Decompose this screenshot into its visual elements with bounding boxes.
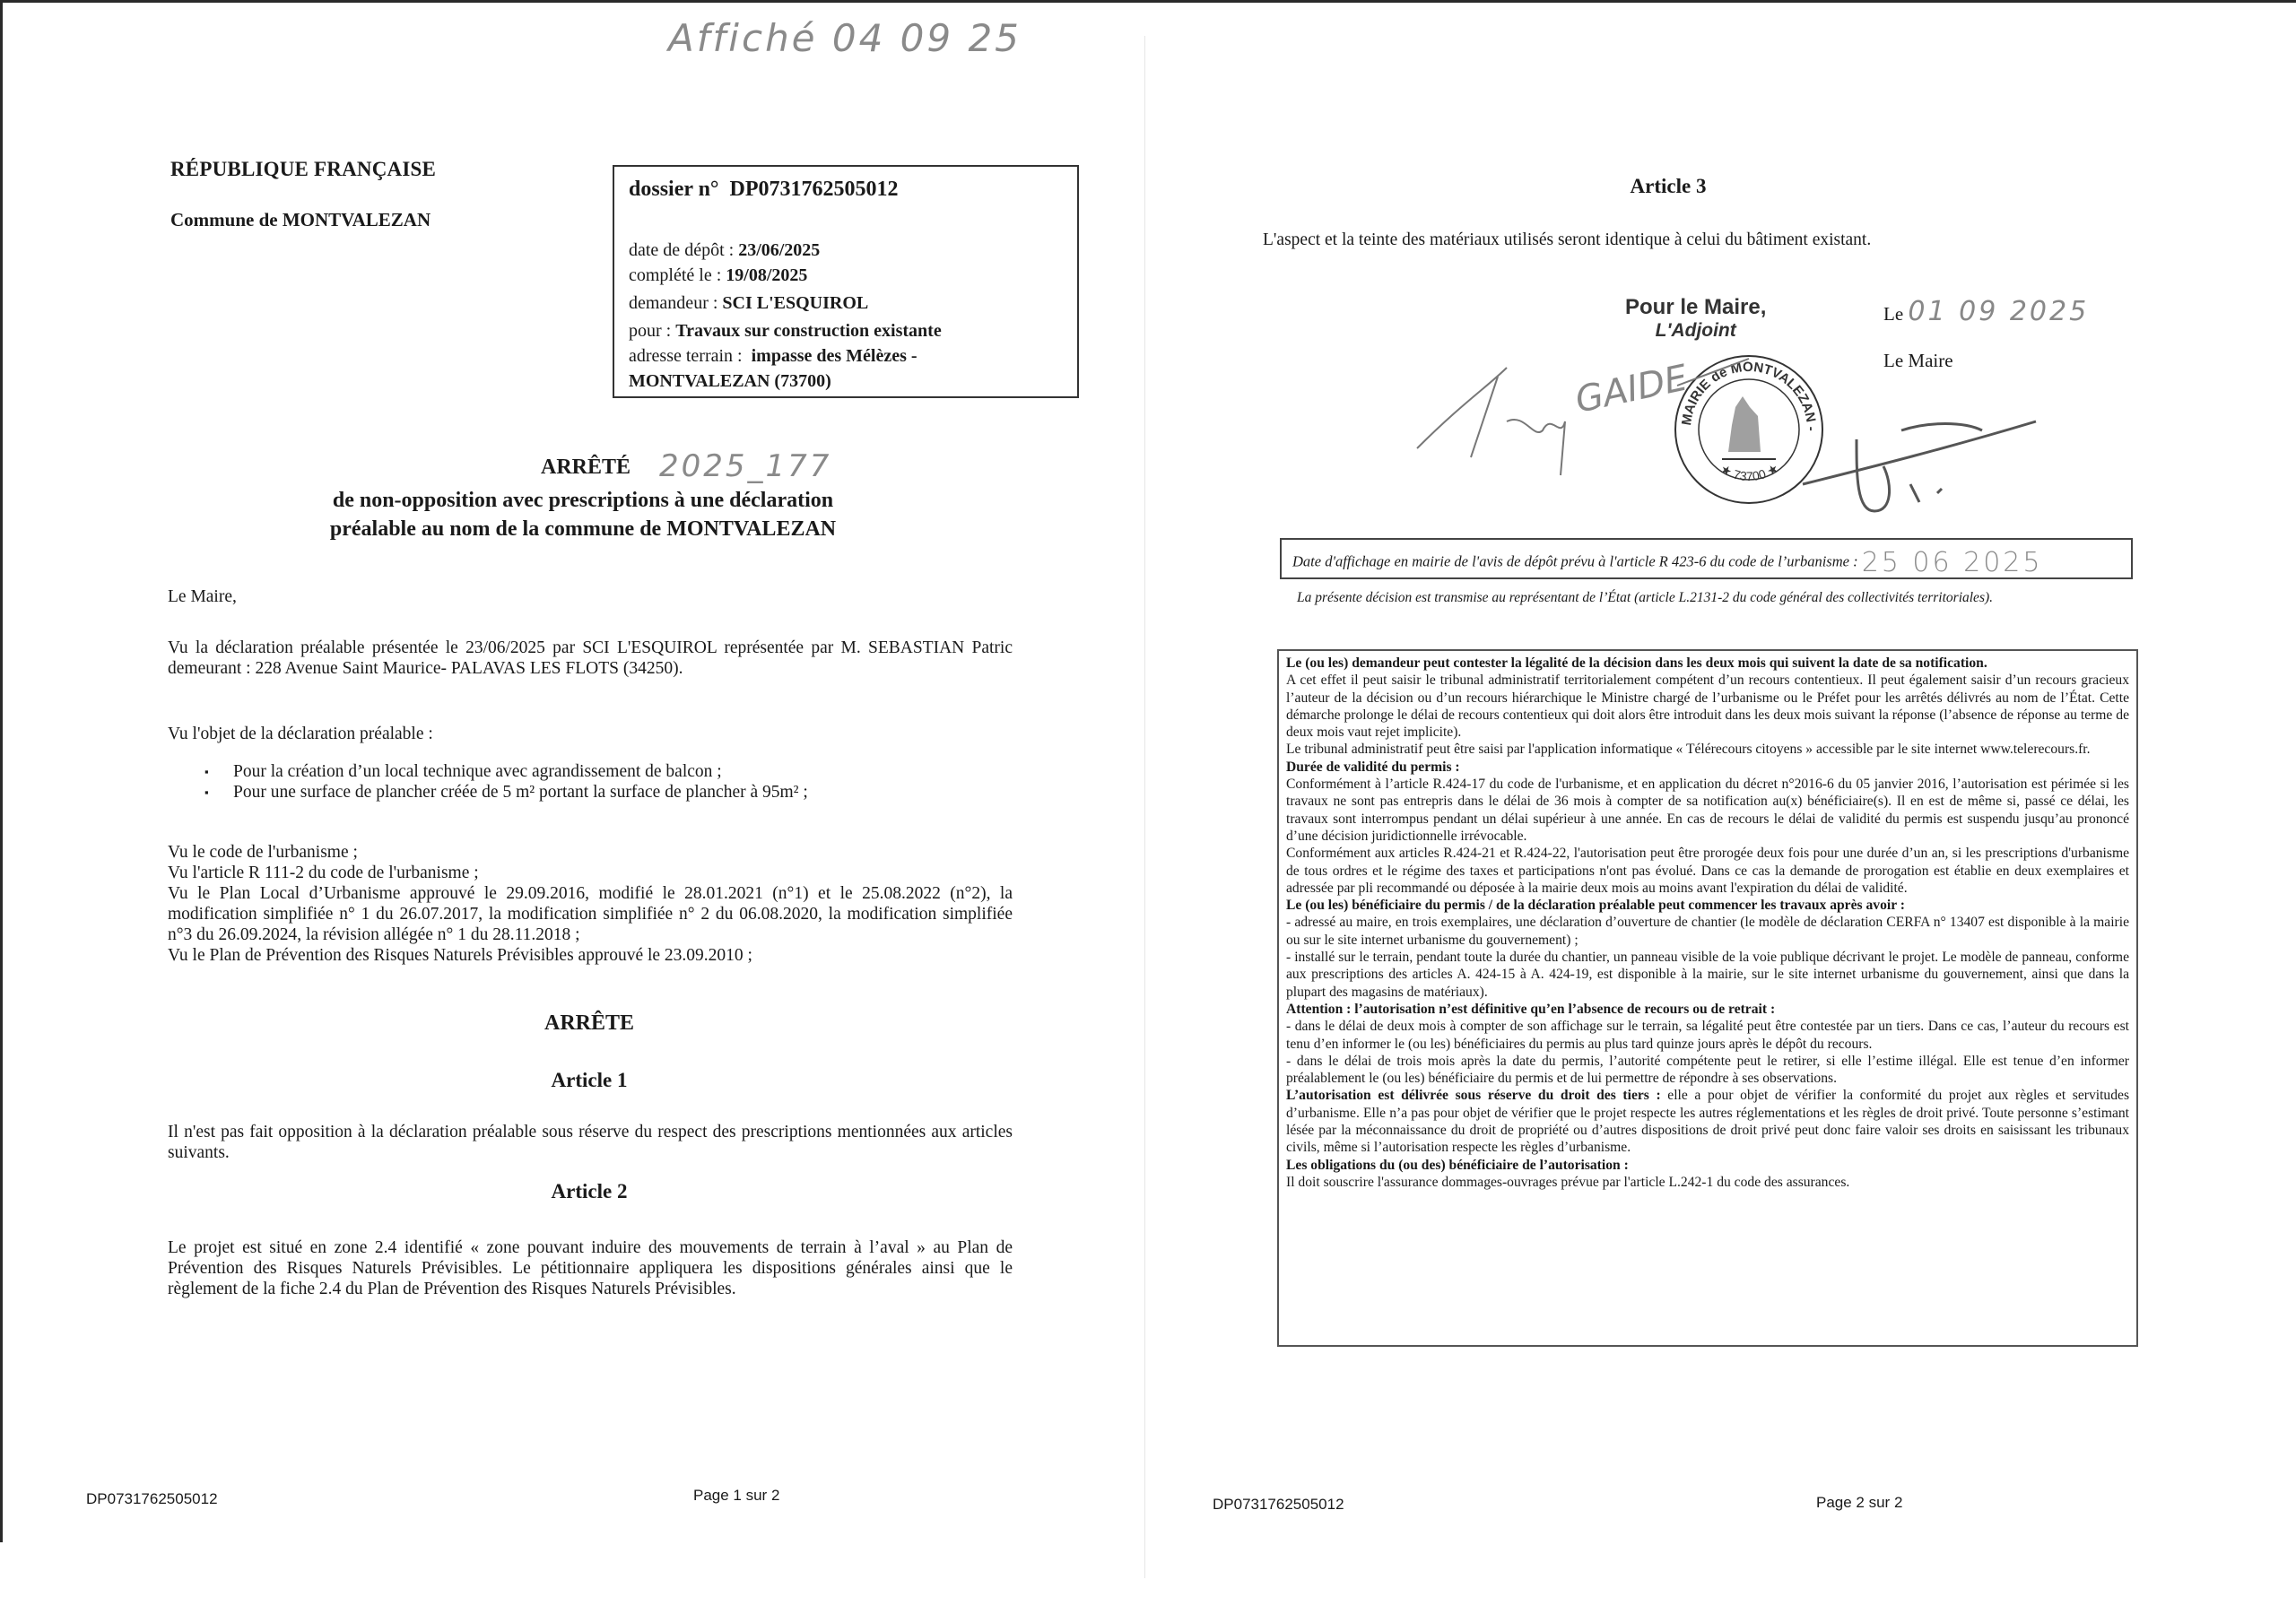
arrete-heading: ARRÊTE [168,1011,1011,1036]
legal-paragraph: Le tribunal administratif peut être sais… [1286,741,2129,758]
arrete-title: ARRÊTÉ [541,456,631,480]
legal-paragraph: L’autorisation est délivrée sous réserve… [1286,1087,2129,1156]
legal-paragraph: - installé sur le terrain, pendant toute… [1286,949,2129,1001]
vu-declaration: Vu la déclaration préalable présentée le… [168,638,1013,679]
legal-paragraph: Les obligations du (ou des) bénéficiaire… [1286,1157,2129,1174]
footer-ref-page2: DP0731762505012 [1213,1496,1344,1514]
footer-page-number-2: Page 2 sur 2 [1816,1494,1902,1512]
republic-header: RÉPUBLIQUE FRANÇAISE [170,158,436,181]
transmission-note: La présente décision est transmise au re… [1297,589,2122,607]
vu-item: Vu le Plan Local d’Urbanisme approuvé le… [168,883,1013,945]
commune-header: Commune de MONTVALEZAN [170,209,430,231]
legal-paragraph: A cet effet il peut saisir le tribunal a… [1286,672,2129,741]
depot-date: date de dépôt : 23/06/2025 [629,238,1063,263]
svg-text:GAIDE: GAIDE [1572,357,1692,421]
article-1-text: Il n'est pas fait opposition à la déclar… [168,1122,1013,1163]
article-3-text: L'aspect et la teinte des matériaux util… [1263,230,1871,250]
legal-paragraph: Il doit souscrire l'assurance dommages-o… [1286,1174,2129,1191]
legal-paragraph: Le (ou les) bénéficiaire du permis / de … [1286,897,2129,914]
handwritten-affichage-date: 25 06 2025 [1862,547,2043,578]
handwritten-signing-date: 01 09 2025 [1908,296,2089,327]
legal-paragraph: Attention : l’autorisation n’est définit… [1286,1001,2129,1018]
objets-list: Pour la création d’un local technique av… [204,761,1012,803]
article-3-title: Article 3 [1265,175,2072,198]
affichage-date-box: Date d'affichage en mairie de l'avis de … [1280,538,2133,579]
scan-left-edge [0,0,3,1542]
vu-item: Vu l'article R 111-2 du code de l'urbani… [168,863,1013,883]
legal-paragraph: - adressé au maire, en trois exemplaires… [1286,914,2129,949]
dossier-number: dossier n° DP0731762505012 [629,178,1063,202]
vu-objet: Vu l'objet de la déclaration préalable : [168,724,433,744]
legal-paragraph: Conformément à l’article R.424-17 du cod… [1286,776,2129,845]
signature-icon: GAIDE [1408,332,2054,520]
article-1-title: Article 1 [168,1069,1011,1092]
le-maire-opening: Le Maire, [168,586,237,607]
legal-paragraph: - dans le délai de deux mois à compter d… [1286,1018,2129,1053]
footer-ref-page1: DP0731762505012 [86,1490,218,1508]
footer-page-number-1: Page 1 sur 2 [693,1487,779,1505]
land-address: adresse terrain : impasse des Mélèzes - … [629,343,1063,394]
legal-paragraph: Le (ou les) demandeur peut contester la … [1286,655,2129,672]
page-divider [1144,36,1145,1578]
signing-date: Le 01 09 2025 [1883,296,2089,327]
article-2-title: Article 2 [168,1180,1011,1203]
handwritten-affiche-note: Affiché 04 09 25 [668,16,1022,60]
arrete-subtitle: de non-opposition avec prescriptions à u… [251,486,915,543]
handwritten-arrete-number: 2025_177 [659,448,831,484]
legal-paragraph: Durée de validité du permis : [1286,759,2129,776]
purpose: pour : Travaux sur construction existant… [629,318,1063,343]
scan-top-edge [0,0,2296,3]
legal-paragraph: - dans le délai de trois mois après la d… [1286,1053,2129,1088]
completed-date: complété le : 19/08/2025 [629,263,1063,288]
objet-item: Pour une surface de plancher créée de 5 … [204,782,1012,803]
vu-item: Vu le Plan de Prévention des Risques Nat… [168,945,1013,966]
vu-item: Vu le code de l'urbanisme ; [168,842,1013,863]
legal-notice-box: Le (ou les) demandeur peut contester la … [1277,649,2138,1347]
legal-paragraph: Conformément aux articles R.424-21 et R.… [1286,845,2129,897]
vu-references: Vu le code de l'urbanisme ; Vu l'article… [168,842,1013,966]
dossier-info-box: dossier n° DP0731762505012 date de dépôt… [613,165,1079,398]
article-2-text: Le projet est situé en zone 2.4 identifi… [168,1237,1013,1299]
objet-item: Pour la création d’un local technique av… [204,761,1012,782]
applicant: demandeur : SCI L'ESQUIROL [629,291,1063,316]
